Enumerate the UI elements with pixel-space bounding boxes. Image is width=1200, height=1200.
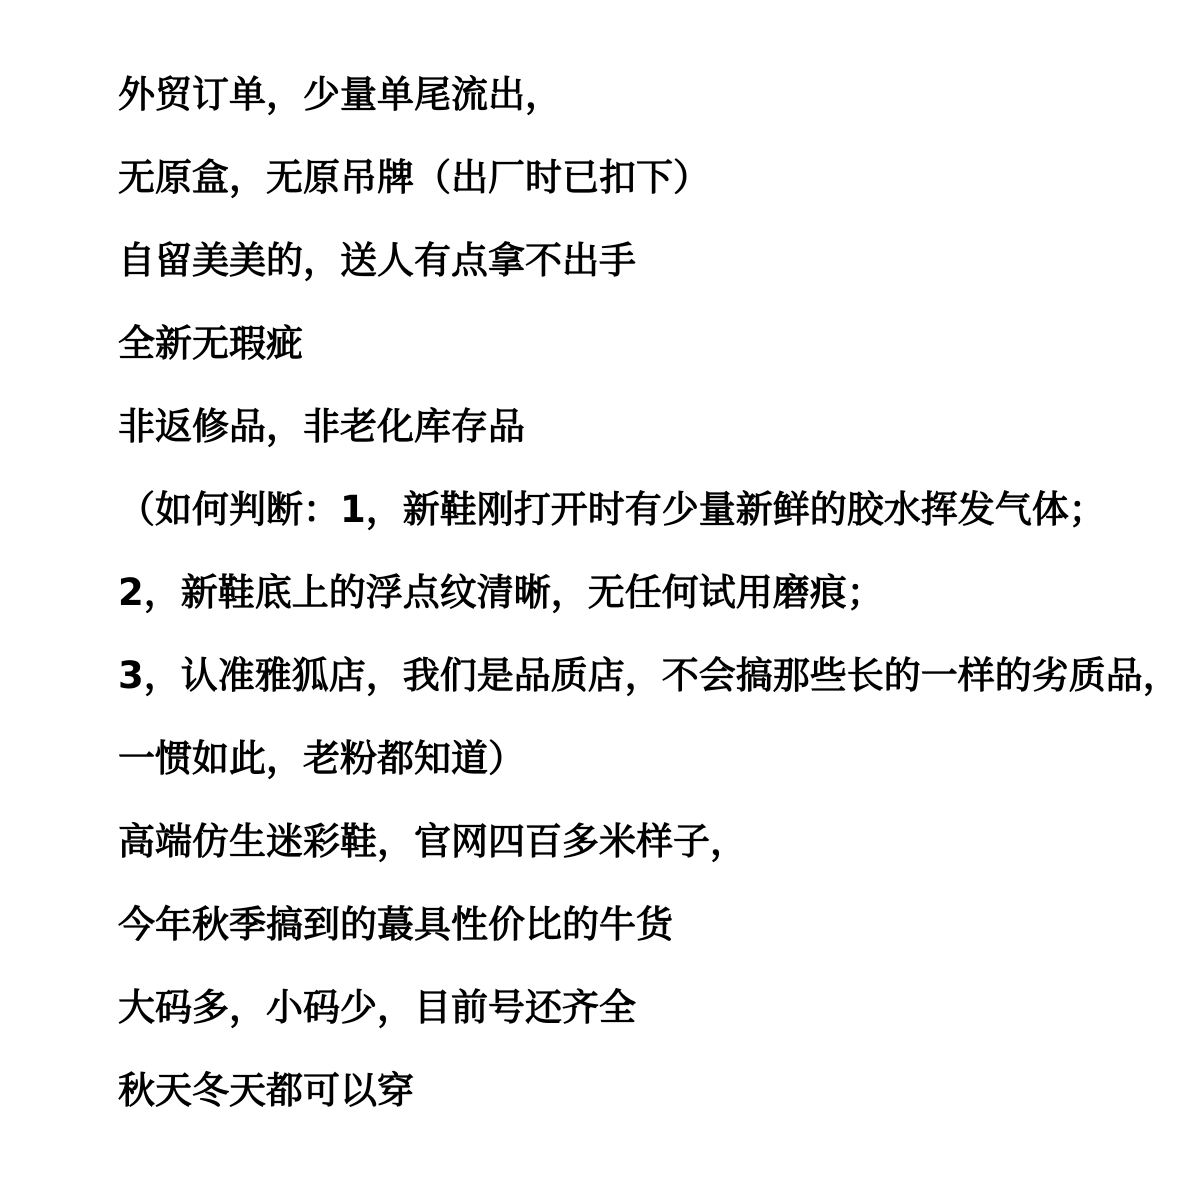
text-document: 外贸订单，少量单尾流出， 无原盒，无原吊牌（出厂时已扣下） 自留美美的，送人有点… — [118, 76, 1178, 1155]
text-line-2: 无原盒，无原吊牌（出厂时已扣下） — [118, 159, 1178, 242]
text-line-4: 全新无瑕疵 — [118, 325, 1178, 408]
text-line-11: 今年秋季搞到的蕞具性价比的牛货 — [118, 906, 1178, 989]
text-line-5: 非返修品，非老化库存品 — [118, 408, 1178, 491]
text-line-8: 3，认准雅狐店，我们是品质店，不会搞那些长的一样的劣质品， — [118, 657, 1178, 740]
text-line-6: （如何判断：1，新鞋刚打开时有少量新鲜的胶水挥发气体； — [118, 491, 1178, 574]
text-line-10: 高端仿生迷彩鞋，官网四百多米样子， — [118, 823, 1178, 906]
text-line-13: 秋天冬天都可以穿 — [118, 1072, 1178, 1155]
text-line-3: 自留美美的，送人有点拿不出手 — [118, 242, 1178, 325]
text-line-7: 2，新鞋底上的浮点纹清晰，无任何试用磨痕； — [118, 574, 1178, 657]
text-line-12: 大码多，小码少，目前号还齐全 — [118, 989, 1178, 1072]
text-line-9: 一惯如此，老粉都知道） — [118, 740, 1178, 823]
text-line-1: 外贸订单，少量单尾流出， — [118, 76, 1178, 159]
